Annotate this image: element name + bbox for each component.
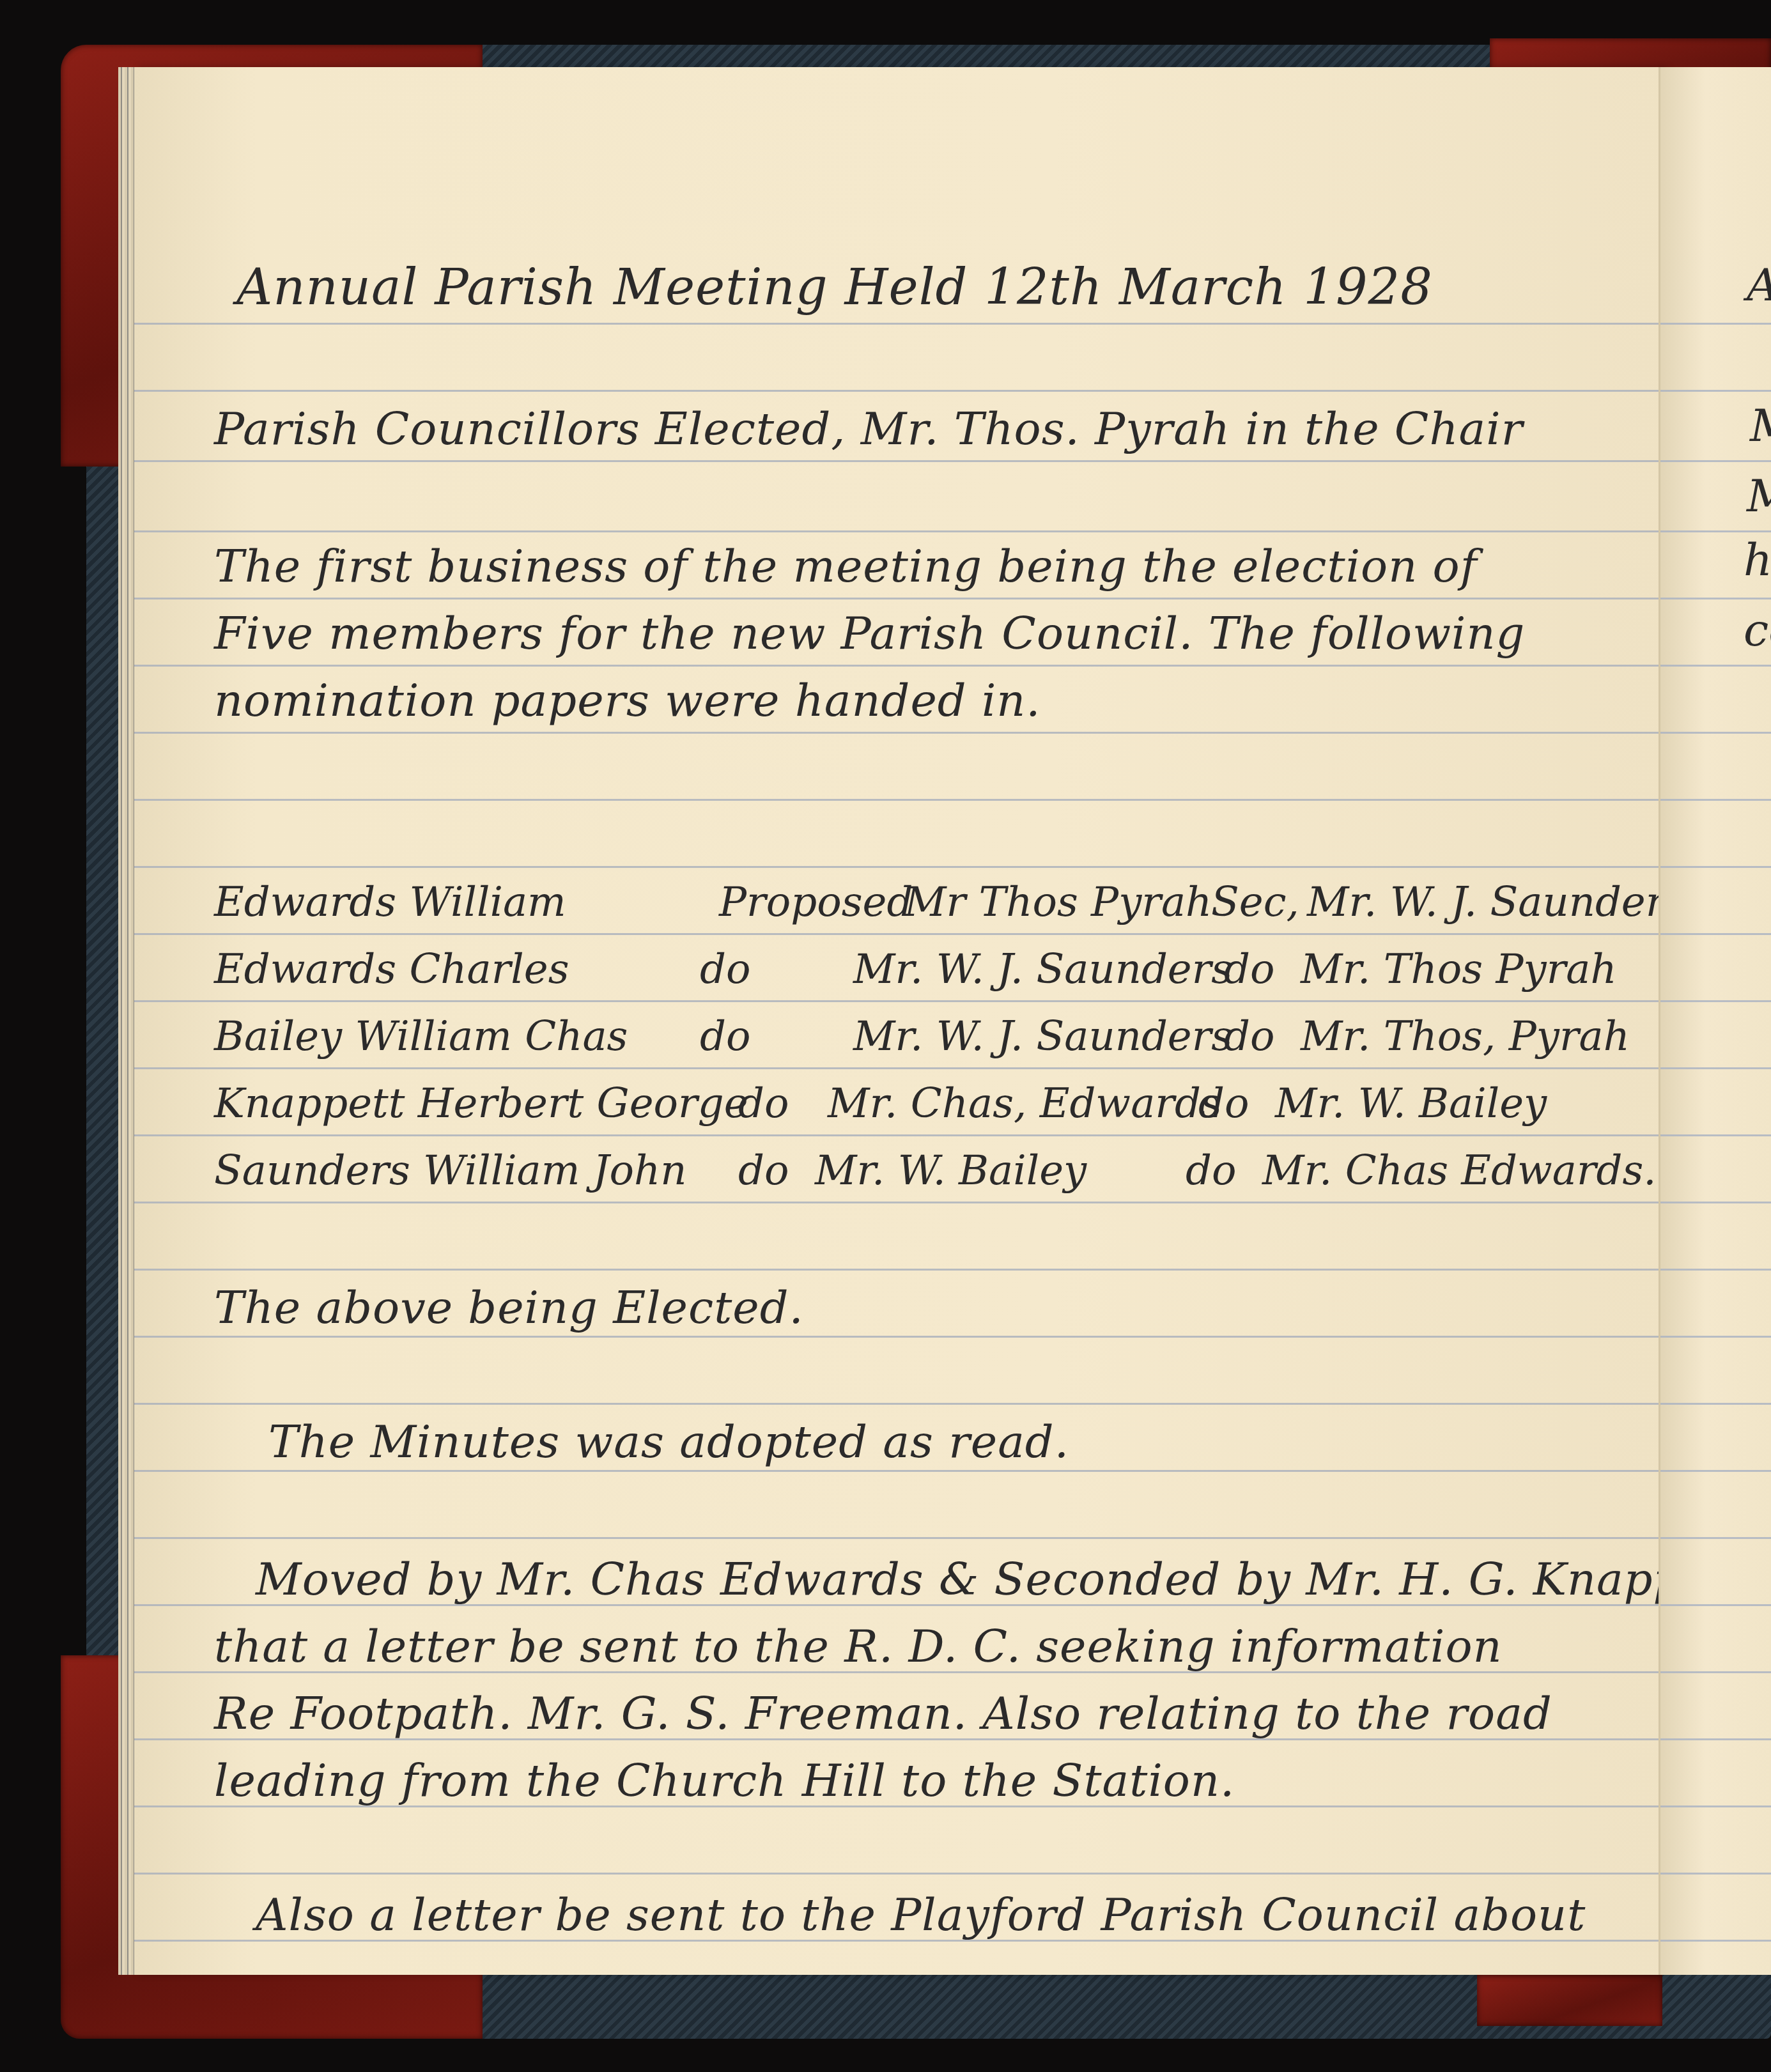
seconded-label: do: [1224, 1013, 1275, 1060]
motion-line: leading from the Church Hill to the Stat…: [214, 1754, 1235, 1807]
ruled-line: [1660, 799, 1771, 801]
leather-corner-bottom-right: [1477, 1975, 1662, 2026]
proposed-label: do: [738, 1147, 789, 1194]
ruled-line: [1660, 598, 1771, 599]
ruled-line: [1660, 933, 1771, 935]
motion-line: Re Footpath. Mr. G. S. Freeman. Also rel…: [214, 1687, 1552, 1740]
ledger-book: Annual Parish Meeting Held 12th March 19…: [61, 38, 1771, 2039]
nomination-row: Edwards Charles do Mr. W. J. Saunders do…: [214, 946, 1639, 1003]
ruled-line: [134, 1873, 1665, 1875]
proposer-name: Mr. Chas, Edwards: [828, 1080, 1222, 1127]
seconder-name: Mr. W. J. Saunders: [1307, 879, 1686, 926]
final-line: Also a letter be sent to the Playford Pa…: [256, 1889, 1586, 1941]
ruled-line: [134, 1403, 1665, 1405]
seconder-name: Mr. Thos Pyrah: [1301, 946, 1617, 993]
seconded-label: do: [1224, 946, 1275, 993]
ruled-line: [134, 665, 1665, 667]
ruled-line: [1660, 866, 1771, 868]
facing-page: A M M h co: [1659, 67, 1771, 1975]
facing-fragment: M: [1747, 470, 1771, 522]
proposed-label: do: [700, 946, 751, 993]
ruled-line: [1660, 390, 1771, 392]
seconded-label: Sec,: [1211, 879, 1299, 926]
ruled-line: [1660, 1940, 1771, 1942]
ruled-line: [134, 732, 1665, 734]
ruled-line: [134, 323, 1665, 325]
proposed-label: Proposed: [719, 879, 913, 926]
facing-fragment: A: [1747, 259, 1771, 311]
ruled-line: [1660, 732, 1771, 734]
ruled-line: [1660, 1000, 1771, 1002]
minutes-note: The Minutes was adopted as read.: [268, 1416, 1069, 1468]
ruled-line: [1660, 1134, 1771, 1136]
ruled-line: [1660, 460, 1771, 462]
ruled-line: [1660, 323, 1771, 325]
ruled-line: [134, 390, 1665, 392]
ruled-line: [1660, 1671, 1771, 1673]
facing-fragment: h: [1744, 534, 1771, 586]
motion-line: Moved by Mr. Chas Edwards & Seconded by …: [256, 1553, 1747, 1605]
ruled-line: [134, 1336, 1665, 1338]
motion-line: that a letter be sent to the R. D. C. se…: [214, 1620, 1503, 1673]
ruled-line: [1660, 1336, 1771, 1338]
seconder-name: Mr. Thos, Pyrah: [1301, 1013, 1630, 1060]
ruled-line: [1660, 1403, 1771, 1405]
ruled-line: [134, 1470, 1665, 1472]
ruled-line: [134, 799, 1665, 801]
proposer-name: Mr. W. Bailey: [815, 1147, 1087, 1194]
seconder-name: Mr. W. Bailey: [1275, 1080, 1547, 1127]
paragraph-line: nomination papers were handed in.: [214, 674, 1041, 727]
ruled-line: [1660, 1805, 1771, 1807]
nomination-row: Saunders William John do Mr. W. Bailey d…: [214, 1147, 1639, 1205]
candidate-name: Edwards Charles: [214, 946, 569, 993]
ruled-line: [134, 866, 1665, 868]
page-subtitle: Parish Councillors Elected, Mr. Thos. Py…: [214, 403, 1523, 455]
ruled-line: [1660, 1269, 1771, 1271]
nomination-row: Knappett Herbert George do Mr. Chas, Edw…: [214, 1080, 1639, 1138]
candidate-name: Saunders William John: [214, 1147, 686, 1194]
ruled-line: [134, 598, 1665, 599]
facing-fragment: M: [1750, 399, 1771, 452]
left-page: Annual Parish Meeting Held 12th March 19…: [134, 67, 1665, 1975]
ruled-line: [1660, 1873, 1771, 1875]
ruled-line: [134, 460, 1665, 462]
proposer-name: Mr Thos Pyrah: [904, 879, 1212, 926]
elected-note: The above being Elected.: [214, 1281, 804, 1334]
candidate-name: Edwards William: [214, 879, 566, 926]
proposer-name: Mr. W. J. Saunders: [853, 946, 1232, 993]
ruled-line: [134, 530, 1665, 532]
paragraph-line: Five members for the new Parish Council.…: [214, 607, 1525, 660]
proposed-label: do: [738, 1080, 789, 1127]
ruled-line: [1660, 1470, 1771, 1472]
candidate-name: Knappett Herbert George: [214, 1080, 748, 1127]
seconded-label: do: [1186, 1147, 1237, 1194]
nomination-row: Edwards William Proposed Mr Thos Pyrah S…: [214, 879, 1639, 936]
ruled-line: [1660, 665, 1771, 667]
ruled-line: [1660, 1537, 1771, 1539]
seconder-name: Mr. Chas Edwards.: [1262, 1147, 1657, 1194]
ruled-line: [134, 1537, 1665, 1539]
ruled-line: [1660, 530, 1771, 532]
candidate-name: Bailey William Chas: [214, 1013, 628, 1060]
paragraph-line: The first business of the meeting being …: [214, 540, 1478, 592]
facing-fragment: co: [1744, 604, 1771, 656]
proposer-name: Mr. W. J. Saunders: [853, 1013, 1232, 1060]
ruled-line: [1660, 1202, 1771, 1203]
ruled-line: [134, 1269, 1665, 1271]
ruled-line: [1660, 1738, 1771, 1740]
ruled-line: [1660, 1067, 1771, 1069]
proposed-label: do: [700, 1013, 751, 1060]
seconded-label: do: [1198, 1080, 1249, 1127]
ruled-line: [1660, 1604, 1771, 1606]
nomination-row: Bailey William Chas do Mr. W. J. Saunder…: [214, 1013, 1639, 1071]
page-title: Annual Parish Meeting Held 12th March 19…: [236, 259, 1433, 316]
